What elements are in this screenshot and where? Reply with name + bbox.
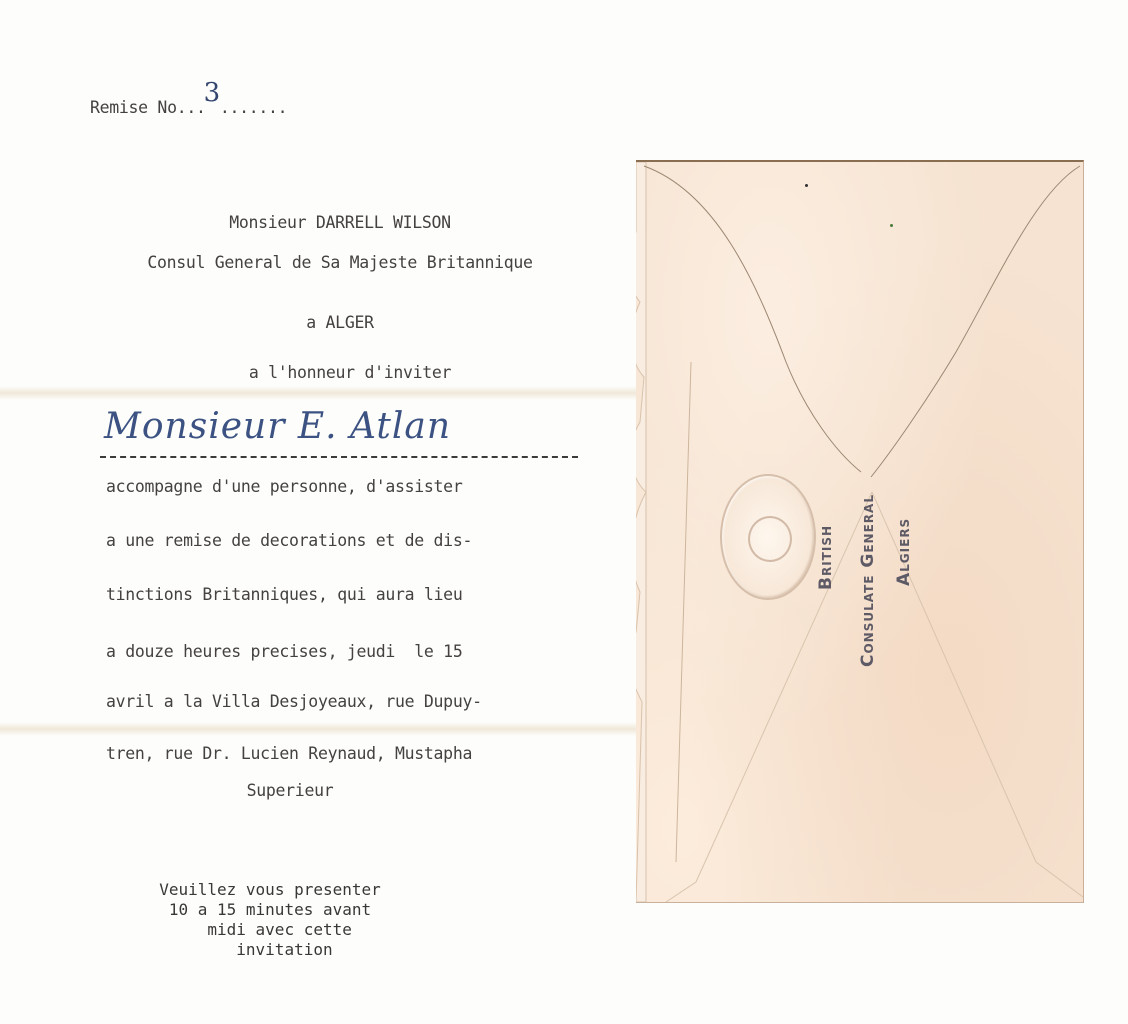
note-line: invitation xyxy=(100,940,440,960)
body-line: avril a la Villa Desjoyeaux, rue Dupuy- xyxy=(106,692,482,711)
remise-label: Remise No... xyxy=(90,98,206,117)
body-line: tren, rue Dr. Lucien Reynaud, Mustapha xyxy=(106,744,472,763)
host-title-line: Consul General de Sa Majeste Britannique xyxy=(80,253,600,272)
ink-speck xyxy=(890,224,893,227)
guest-name-field: Monsieur E. Atlan xyxy=(100,404,578,458)
remise-number: 3 xyxy=(204,78,220,108)
body-line: tinctions Britanniques, qui aura lieu xyxy=(106,585,462,604)
note-line: 10 a 15 minutes avant xyxy=(100,900,440,920)
body-line: a une remise de decorations et de dis- xyxy=(106,531,472,550)
embossed-crest-icon xyxy=(720,474,816,600)
ink-speck xyxy=(805,184,808,187)
note-line: midi avec cette xyxy=(100,920,440,940)
remise-dots: ....... xyxy=(220,98,287,117)
arrival-note: Veuillez vous presenter 10 a 15 minutes … xyxy=(100,880,440,960)
body-line: Superieur xyxy=(80,781,500,800)
remise-number-line: Remise No...3....... xyxy=(90,90,287,120)
consulate-stamp-line: Consulate General xyxy=(858,494,878,667)
body-line: a douze heures precises, jeudi le 15 xyxy=(106,642,462,661)
paper-fold-crease xyxy=(0,722,640,736)
guest-name-handwritten: Monsieur E. Atlan xyxy=(104,406,451,447)
consulate-stamp-line: British xyxy=(816,525,836,590)
invite-line: a l'honneur d'inviter xyxy=(80,363,620,382)
note-line: Veuillez vous presenter xyxy=(100,880,440,900)
consulate-stamp-line: Algiers xyxy=(894,518,914,586)
envelope-back: British Consulate General Algiers xyxy=(636,160,1084,903)
paper-fold-crease xyxy=(0,386,640,400)
host-line: Monsieur DARRELL WILSON xyxy=(80,213,600,232)
body-line: accompagne d'une personne, d'assister xyxy=(106,477,462,496)
city-line: a ALGER xyxy=(80,313,600,332)
